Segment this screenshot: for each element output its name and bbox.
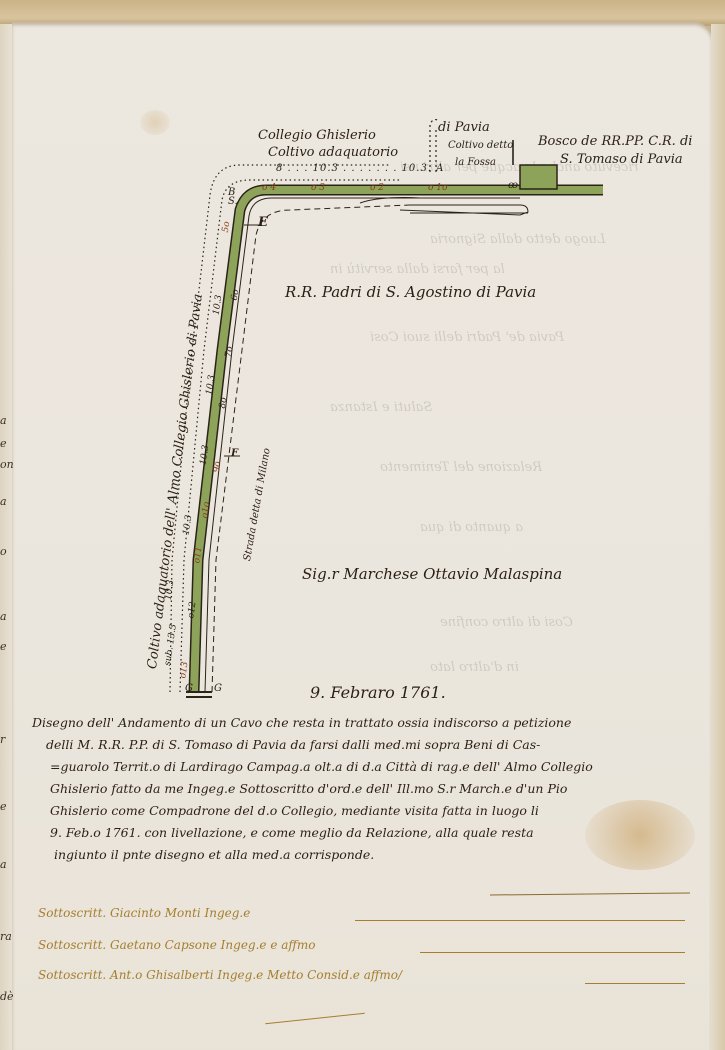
margin-fragment: a — [0, 495, 7, 508]
station-6o: 6o — [230, 289, 241, 301]
point-F: F — [231, 448, 238, 459]
caption-line: ingiunto il pnte disegno et alla med.a c… — [32, 844, 692, 866]
label-malaspina: Sig.r Marchese Ottavio Malaspina — [302, 565, 562, 583]
margin-fragment: e — [0, 437, 7, 450]
station-3: o 3 — [311, 183, 325, 193]
point-E: E — [258, 215, 268, 230]
caption-block: Disegno dell' Andamento di un Cavo che r… — [32, 712, 692, 866]
signature-ghisalberti: Sottoscritt. Ant.o Ghisalberti Ingeg.e M… — [38, 968, 402, 982]
caption-line: Ghislerio come Compadrone del d.o Colleg… — [32, 800, 692, 822]
margin-fragment: dè — [0, 990, 14, 1003]
margin-fragment: e — [0, 800, 7, 813]
station-marker: ꝏ — [508, 180, 518, 191]
label-bosco: Bosco de RR.PP. C.R. di — [538, 134, 692, 149]
margin-fragment: a — [0, 414, 7, 427]
station-1o: o 1o — [428, 183, 447, 193]
station-8o: 8o — [218, 397, 229, 409]
caption-line: Disegno dell' Andamento di un Cavo che r… — [32, 712, 692, 734]
station-4: o 4 — [262, 183, 276, 193]
caption-line: 9. Feb.o 1761. con livellazione, e come … — [32, 822, 692, 844]
label-s-tomaso: S. Tomaso di Pavia — [560, 152, 683, 167]
caption-line: delli M. R.R. P.P. di S. Tomaso di Pavia… — [32, 734, 692, 756]
station-9o: 9o — [212, 461, 223, 473]
margin-fragment: e — [0, 640, 7, 653]
label-coltivo-adaquatorio: Coltivo adaquatorio — [268, 145, 398, 160]
margin-fragment: ra — [0, 930, 12, 943]
label-coltivo-detto: Coltivo detto — [448, 140, 513, 151]
label-agostiniani: R.R. Padri di S. Agostino di Pavia — [285, 283, 536, 301]
caption-line: Ghislerio fatto da me Ingeg.e Sottoscrit… — [32, 778, 692, 800]
signature-rule — [355, 920, 685, 921]
label-di-pavia: di Pavia — [438, 120, 490, 135]
label-collegio-ghislerio: Collegio Ghislerio — [258, 128, 376, 143]
measurement-top-row: 8 . . . 10.3 . . . . . . . 10.3. A — [276, 163, 444, 174]
station-5o: 5o — [221, 221, 232, 233]
point-G-right: G — [214, 683, 222, 694]
label-la-fossa: la Fossa — [455, 157, 496, 168]
document-date: 9. Febraro 1761. — [310, 683, 446, 702]
margin-fragment: on — [0, 458, 14, 471]
margin-fragment: r — [0, 733, 5, 746]
point-G-left: G — [185, 683, 193, 694]
signature-rule — [420, 952, 685, 953]
margin-fragment: a — [0, 610, 7, 623]
station-7o: 7o — [224, 346, 235, 358]
signature-monti: Sottoscritt. Giacinto Monti Ingeg.e — [38, 906, 250, 920]
caption-line: =guarolo Territ.o di Lardirago Campag.a … — [32, 756, 692, 778]
signature-capsone: Sottoscritt. Gaetano Capsone Ingeg.e e a… — [38, 938, 316, 952]
point-S: S. — [228, 196, 238, 207]
margin-fragment: o — [0, 545, 7, 558]
margin-fragment: a — [0, 858, 7, 871]
station-2: o 2 — [370, 183, 384, 193]
signature-rule — [585, 983, 685, 984]
